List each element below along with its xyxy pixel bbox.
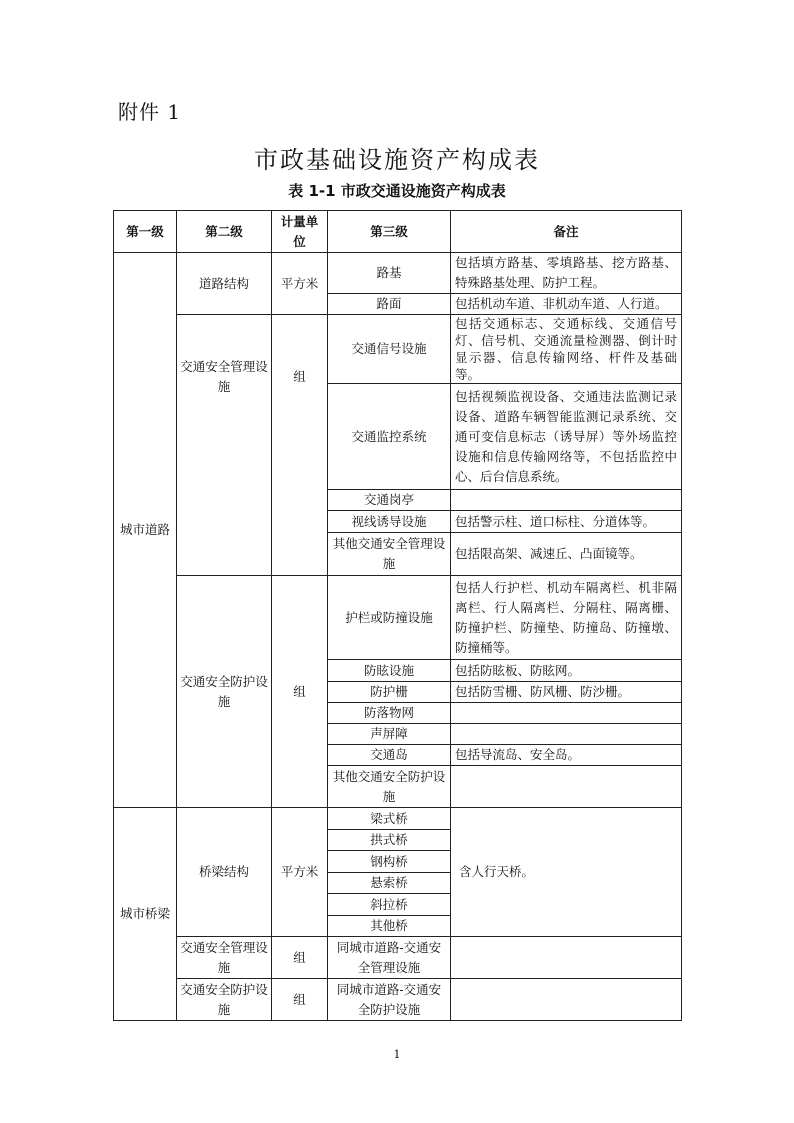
level1-cell: 城市道路	[114, 253, 177, 808]
asset-composition-table: 第一级 第二级 计量单位 第三级 备注 城市道路 道路结构 平方米 路基 包括填…	[113, 210, 682, 1021]
unit-cell: 组	[272, 979, 328, 1021]
attachment-label: 附件 1	[118, 96, 181, 125]
note-cell	[451, 490, 682, 511]
note-cell: 包括人行护栏、机动车隔离栏、机非隔离栏、行人隔离栏、分隔柱、隔离栅、防撞护栏、防…	[451, 576, 682, 660]
note-cell: 包括视频监视设备、交通违法监测记录设备、道路车辆智能监测记录系统、交通可变信息标…	[451, 384, 682, 490]
unit-cell: 组	[272, 576, 328, 808]
level3-cell: 钢构桥	[328, 851, 451, 873]
level3-cell: 防护栅	[328, 682, 451, 703]
unit-cell: 平方米	[272, 253, 328, 315]
level3-cell: 拱式桥	[328, 830, 451, 851]
note-cell	[451, 703, 682, 724]
level3-cell: 其他交通安全防护设施	[328, 766, 451, 808]
level1-cell: 城市桥梁	[114, 808, 177, 1021]
unit-cell: 组	[272, 937, 328, 979]
unit-cell: 平方米	[272, 808, 328, 937]
table-row: 交通安全管理设施 组 同城市道路-交通安全管理设施	[114, 937, 682, 979]
note-cell: 包括限高架、减速丘、凸面镜等。	[451, 533, 682, 576]
level3-cell: 声屏障	[328, 724, 451, 745]
header-unit: 计量单位	[272, 211, 328, 253]
level3-cell: 梁式桥	[328, 808, 451, 830]
note-cell: 包括防眩板、防眩网。	[451, 660, 682, 682]
note-cell: 包括填方路基、零填路基、挖方路基、特殊路基处理、防护工程。	[451, 253, 682, 294]
level3-cell: 同城市道路-交通安全管理设施	[328, 937, 451, 979]
note-cell: 包括交通标志、交通标线、交通信号灯、信号机、交通流量检测器、倒计时显示器、信息传…	[451, 315, 682, 384]
header-level1: 第一级	[114, 211, 177, 253]
level3-cell: 交通信号设施	[328, 315, 451, 384]
level3-cell: 交通岛	[328, 745, 451, 766]
level2-cell: 道路结构	[177, 253, 272, 315]
note-cell	[451, 766, 682, 808]
level2-cell: 交通安全防护设施	[177, 979, 272, 1021]
level3-cell: 交通岗亭	[328, 490, 451, 511]
level3-cell: 视线诱导设施	[328, 511, 451, 533]
note-cell: 含人行天桥。	[451, 808, 682, 937]
level3-cell: 护栏或防撞设施	[328, 576, 451, 660]
table-header-row: 第一级 第二级 计量单位 第三级 备注	[114, 211, 682, 253]
note-cell: 包括机动车道、非机动车道、人行道。	[451, 294, 682, 315]
table-row: 交通安全防护设施 组 护栏或防撞设施 包括人行护栏、机动车隔离栏、机非隔离栏、行…	[114, 576, 682, 660]
level2-cell: 交通安全管理设施	[177, 937, 272, 979]
level2-cell: 交通安全防护设施	[177, 576, 272, 808]
document-title: 市政基础设施资产构成表	[0, 140, 794, 175]
note-cell: 包括警示柱、道口标柱、分道体等。	[451, 511, 682, 533]
level3-cell: 防眩设施	[328, 660, 451, 682]
unit-cell: 组	[272, 315, 328, 576]
level3-cell: 其他桥	[328, 916, 451, 937]
level3-cell: 防落物网	[328, 703, 451, 724]
note-cell: 包括导流岛、安全岛。	[451, 745, 682, 766]
level3-cell: 路基	[328, 253, 451, 294]
page-number: 1	[0, 1048, 794, 1061]
header-note: 备注	[451, 211, 682, 253]
level3-cell: 斜拉桥	[328, 894, 451, 916]
header-level2: 第二级	[177, 211, 272, 253]
table-row: 城市道路 道路结构 平方米 路基 包括填方路基、零填路基、挖方路基、特殊路基处理…	[114, 253, 682, 294]
note-cell	[451, 937, 682, 979]
level2-cell: 交通安全管理设施	[177, 315, 272, 576]
level3-cell: 路面	[328, 294, 451, 315]
table-row: 交通安全管理设施 组 交通信号设施 包括交通标志、交通标线、交通信号灯、信号机、…	[114, 315, 682, 384]
note-cell: 包括防雪栅、防风栅、防沙栅。	[451, 682, 682, 703]
note-cell	[451, 724, 682, 745]
level2-cell: 桥梁结构	[177, 808, 272, 937]
table-row: 交通安全防护设施 组 同城市道路-交通安全防护设施	[114, 979, 682, 1021]
table-caption: 表 1-1 市政交通设施资产构成表	[0, 180, 794, 201]
note-cell	[451, 979, 682, 1021]
level3-cell: 同城市道路-交通安全防护设施	[328, 979, 451, 1021]
level3-cell: 其他交通安全管理设施	[328, 533, 451, 576]
level3-cell: 悬索桥	[328, 873, 451, 894]
level3-cell: 交通监控系统	[328, 384, 451, 490]
table-row: 城市桥梁 桥梁结构 平方米 梁式桥 含人行天桥。	[114, 808, 682, 830]
header-level3: 第三级	[328, 211, 451, 253]
